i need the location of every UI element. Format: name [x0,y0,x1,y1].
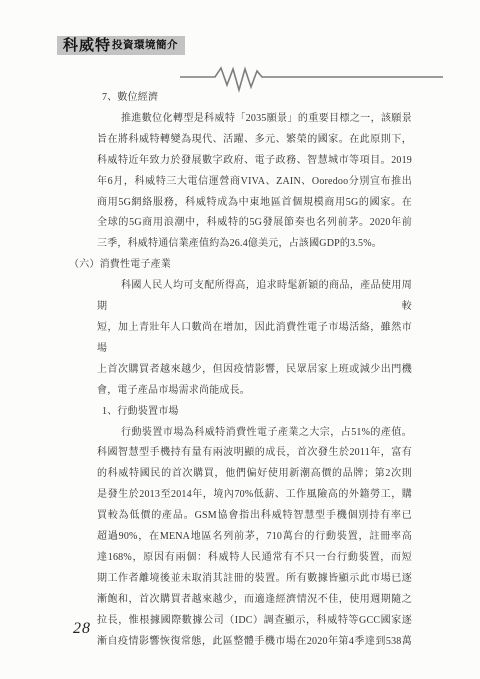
text-line: 漸飽和，首次購買者越來越少，而適逢經濟情況不佳，使用週期隨之 [97,590,412,611]
text-line: 7、數位經濟 [102,88,412,109]
text-line: 推進數位化轉型是科威特「2035願景」的重要目標之一，該願景 [97,109,412,130]
header-title-main: 科威特 [63,38,111,53]
text-line: 1、行動裝置市場 [102,402,412,423]
text-line: 科威特近年致力於發展數字政府、電子政務、智慧城市等項目。2019 [97,151,412,172]
text-line: 達168%，原因有兩個：科威特人民通常有不只一台行動裝置，而短 [97,548,412,569]
text-line: 買較為低價的產品。GSM協會指出科威特智慧型手機個別持有率已 [97,506,412,527]
text-line: 旨在將科威特轉變為現代、活躍、多元、繁榮的國家。在此原則下， [97,130,412,151]
text-line: 短，加上青壯年人口數尚在增加，因此消費性電子市場活絡，雖然市場 [97,318,412,360]
text-line: 行動裝置市場為科威特消費性電子產業之大宗，占51%的產值。 [97,423,412,444]
text-line: 是發生於2013至2014年，境內70%低薪、工作風險高的外籍勞工，購 [97,485,412,506]
text-line: 科國智慧型手機持有量有兩波明顯的成長，首次發生於2011年，富有 [97,443,412,464]
document-body-text: 7、數位經濟推進數位化轉型是科威特「2035願景」的重要目標之一，該願景旨在將科… [97,88,412,652]
text-line: 全球的5G商用浪潮中，科威特的5G發展節奏也名列前茅。2020年前 [97,213,412,234]
text-line: 會，電子產品市場需求尚能成長。 [97,381,412,402]
text-line: 上首次購買者越來越少，但因疫情影響，民眾居家上班或減少出門機 [97,360,412,381]
header-title-bar: 科威特 投資環境簡介 [57,36,185,55]
text-line: 年6月，科威特三大電信運營商VIVA、ZAIN、Ooredoo分別宣布推出 [97,172,412,193]
running-header: 科威特 投資環境簡介 [0,34,480,60]
text-line: 科國人民人均可支配所得高，追求時髦新穎的商品，產品使用周期較 [97,276,412,318]
text-line: （六）消費性電子產業 [69,255,412,276]
header-title-sub: 投資環境簡介 [112,40,178,51]
text-line: 漸自疫情影響恢復常態，此區整體手機市場在2020年第4季達到538萬 [97,632,412,653]
text-line: 期工作者離境後並未取消其註冊的裝置。所有數據皆顯示此市場已逐 [97,569,412,590]
text-line: 拉長，惟根據國際數據公司（IDC）調查顯示，科威特等GCC國家逐 [97,611,412,632]
page-number: 28 [73,620,91,638]
text-line: 的科威特國民的首次購買，他們偏好使用新潮高價的品牌；第2次則 [97,464,412,485]
text-line: 三季，科威特通信業產值約為26.4億美元，占該國GDP的3.5%。 [97,234,412,255]
text-line: 商用5G網絡服務，科威特成為中東地區首個規模商用5G的國家。在 [97,193,412,214]
text-line: 超過90%，在MENA地區名列前茅，710萬台的行動裝置，註冊率高 [97,527,412,548]
